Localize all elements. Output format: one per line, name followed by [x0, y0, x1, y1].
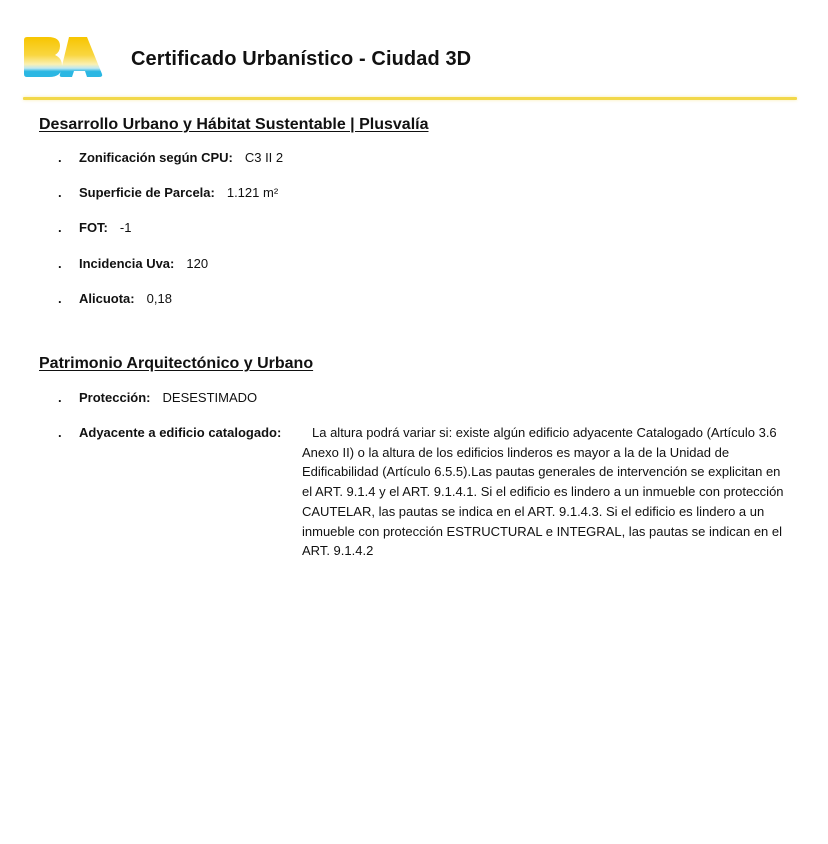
document-title: Certificado Urbanístico - Ciudad 3D [131, 48, 471, 71]
section-title-patrimonio: Patrimonio Arquitectónico y Urbano [39, 355, 313, 373]
section-title-desarrollo-urbano: Desarrollo Urbano y Hábitat Sustentable … [39, 116, 428, 134]
field-label: Incidencia Uva: [79, 254, 174, 274]
ba-logo-icon [22, 36, 104, 78]
field-label: Protección: [79, 388, 151, 408]
field-value: 120 [186, 254, 208, 274]
field-label: Alicuota: [79, 289, 135, 309]
field-label: Adyacente a edificio catalogado: [79, 423, 281, 443]
field-fot: . FOT: -1 [58, 218, 131, 238]
bullet: . [58, 148, 79, 168]
field-value: 0,18 [147, 289, 172, 309]
field-alicuota: . Alicuota: 0,18 [58, 289, 172, 309]
field-adyacente-catalogado: . Adyacente a edificio catalogado: [58, 423, 293, 443]
field-value: DESESTIMADO [163, 388, 258, 408]
bullet: . [58, 254, 79, 274]
bullet: . [58, 388, 79, 408]
field-incidencia-uva: . Incidencia Uva: 120 [58, 254, 208, 274]
field-label: Zonificación según CPU: [79, 148, 233, 168]
field-value: C3 II 2 [245, 148, 283, 168]
bullet: . [58, 218, 79, 238]
certificate-page: Certificado Urbanístico - Ciudad 3D Desa… [0, 0, 828, 844]
field-value: 1.121 m² [227, 183, 278, 203]
header-divider [23, 97, 797, 100]
field-superficie-parcela: . Superficie de Parcela: 1.121 m² [58, 183, 278, 203]
bullet: . [58, 183, 79, 203]
bullet: . [58, 423, 79, 443]
field-zonificacion: . Zonificación según CPU: C3 II 2 [58, 148, 283, 168]
adyacente-catalogado-description: La altura podrá variar si: existe algún … [302, 423, 792, 561]
document-header: Certificado Urbanístico - Ciudad 3D [0, 0, 828, 100]
field-proteccion: . Protección: DESESTIMADO [58, 388, 257, 408]
field-value: -1 [120, 218, 132, 238]
bullet: . [58, 289, 79, 309]
field-label: FOT: [79, 218, 108, 238]
field-label: Superficie de Parcela: [79, 183, 215, 203]
